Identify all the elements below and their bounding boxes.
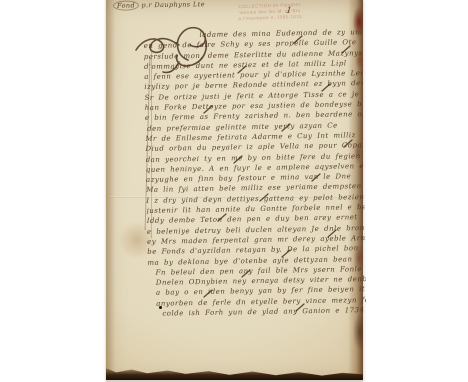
- archival-note: Fond p.r Dauphyns Lte: [113, 0, 205, 11]
- library-stamp: COLLECTION de Flandres Volume des feu M.…: [228, 2, 313, 23]
- paper-left-edge: [106, 0, 115, 382]
- manuscript-paper: Fond p.r Dauphyns Lte COLLECTION de Flan…: [106, 0, 363, 382]
- manuscript-text: ladame des mina Eudemond de zy und le dy…: [143, 27, 366, 329]
- archival-note-circled-word: Fond: [113, 0, 139, 10]
- archival-note-rest: p.r Dauphyns Lte: [141, 0, 205, 9]
- scan-background: Fond p.r Dauphyns Lte COLLECTION de Flan…: [0, 0, 468, 382]
- torn-bottom-edge: [106, 363, 363, 380]
